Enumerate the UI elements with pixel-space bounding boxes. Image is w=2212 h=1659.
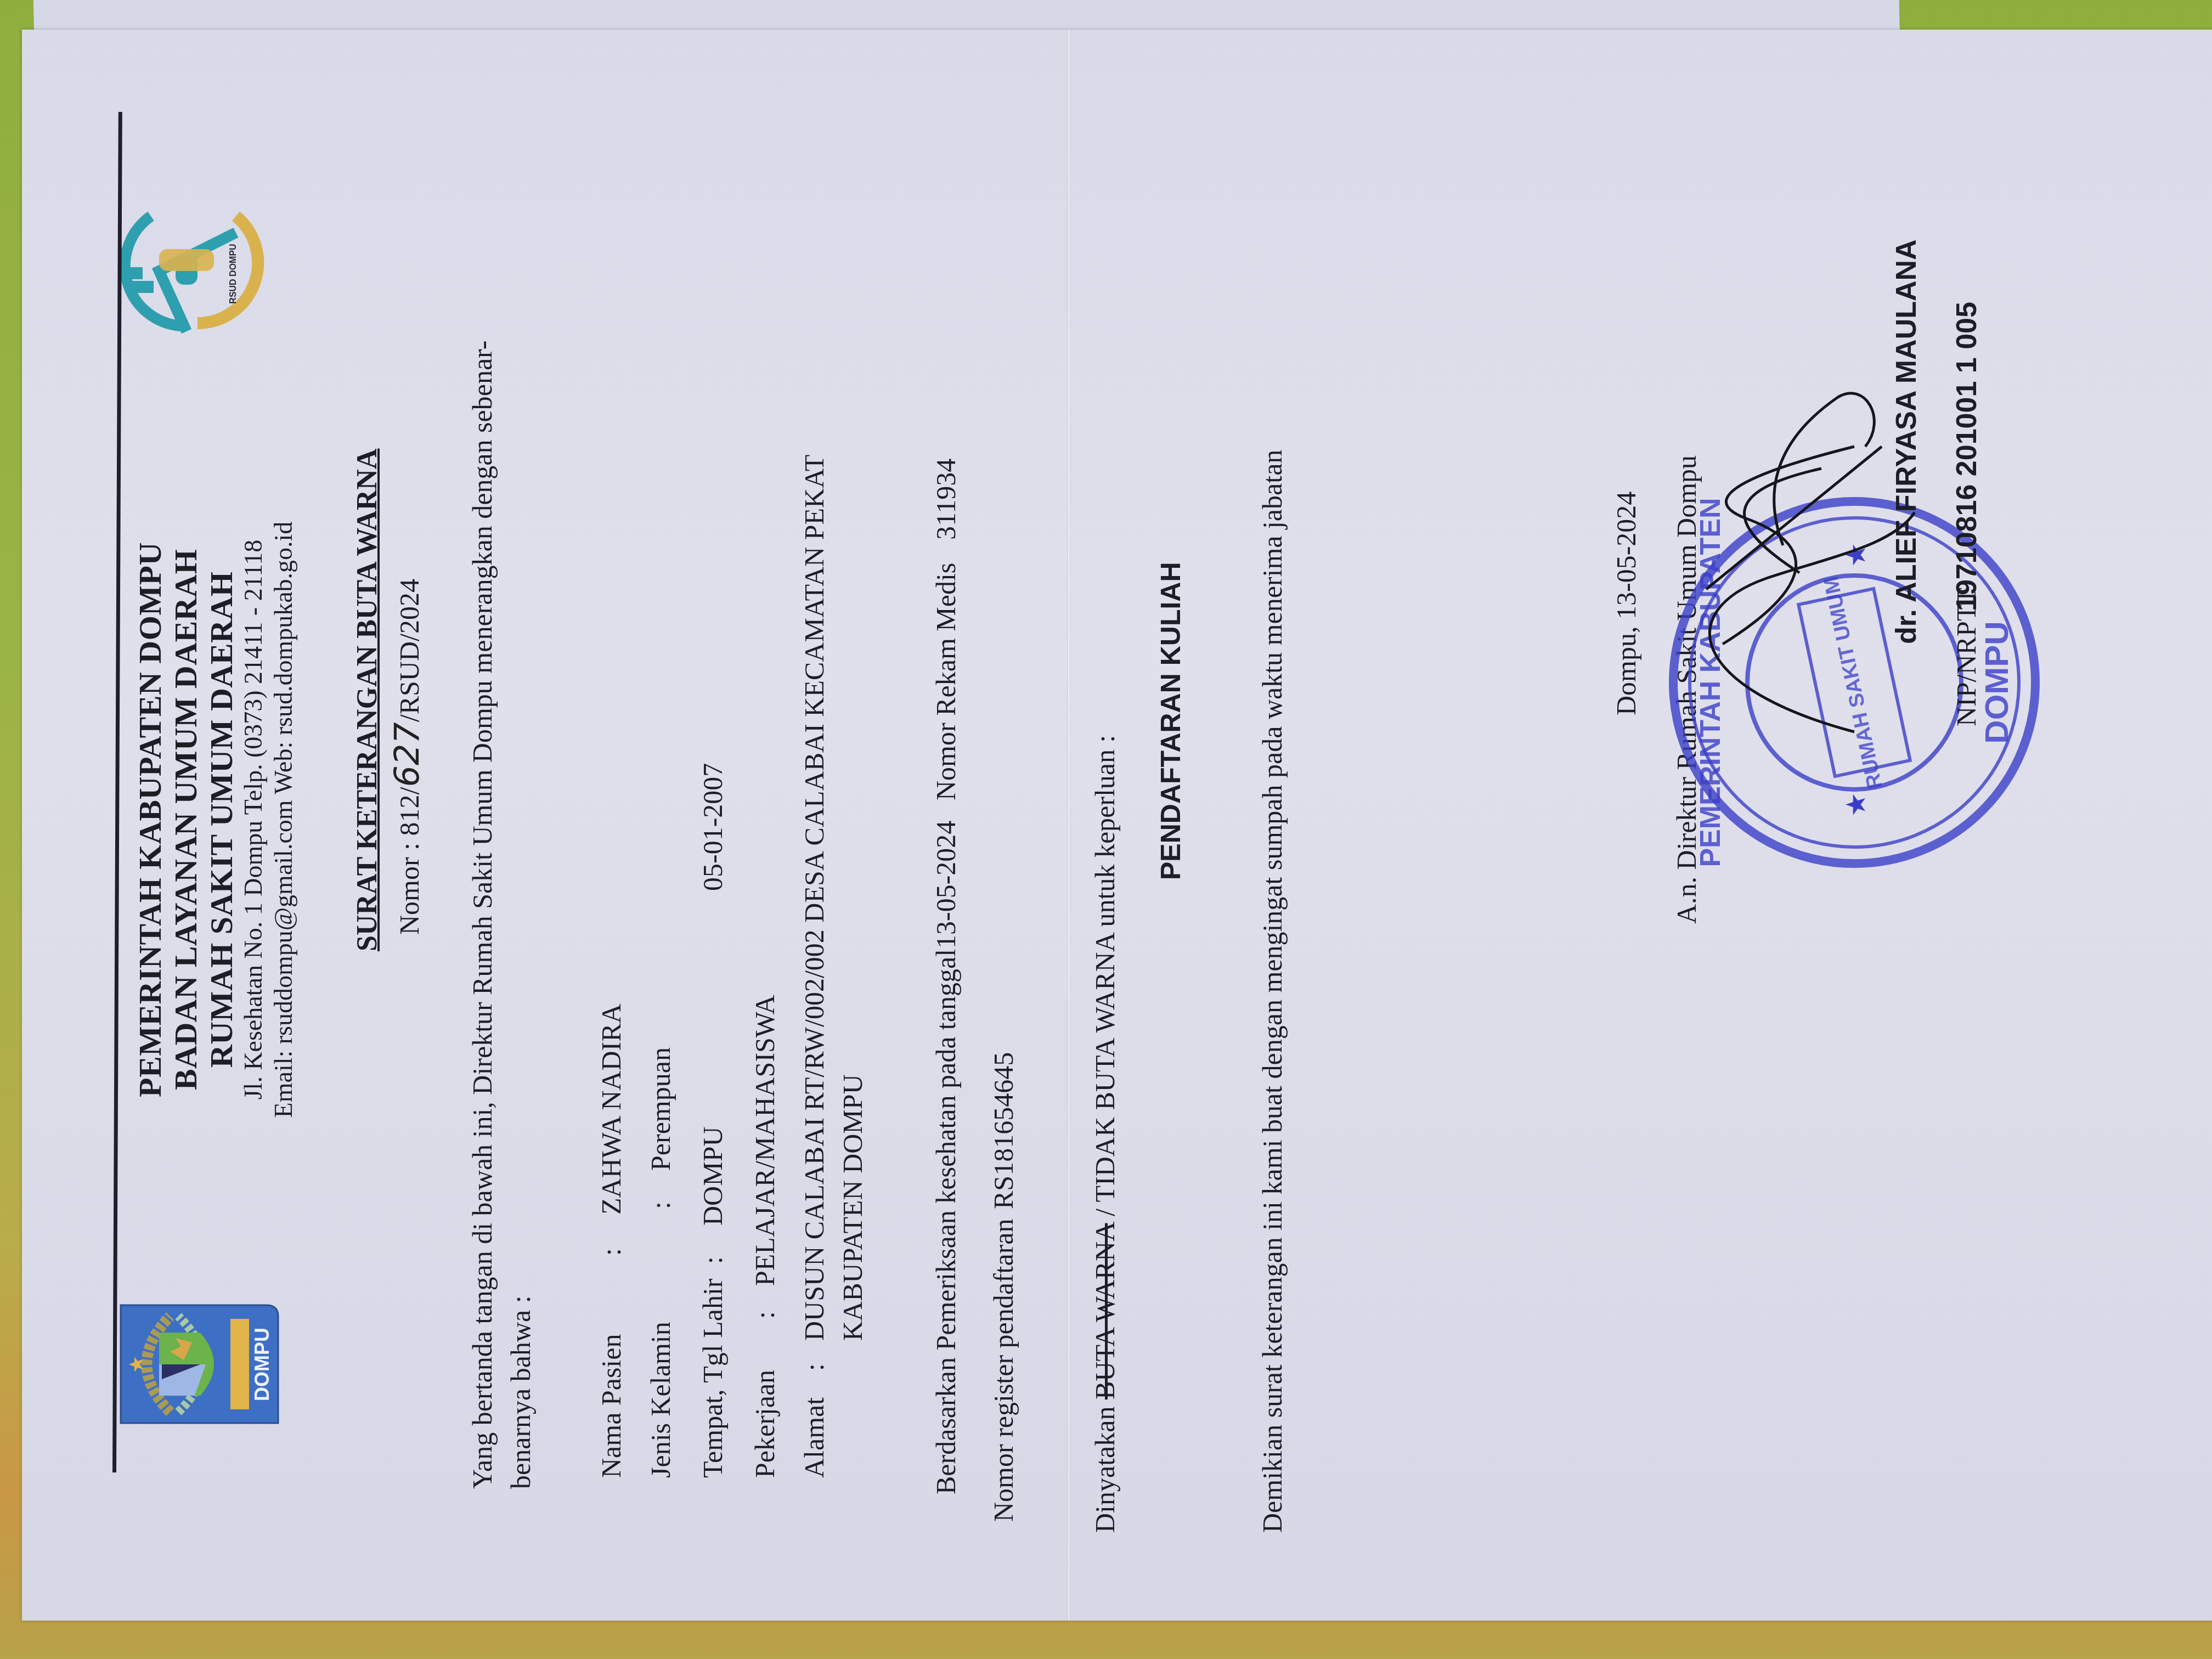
paper-fold [1067, 30, 1070, 1621]
document-number: Nomor : 812/627/RSUD/2024 [387, 579, 427, 935]
letterhead-contact: Email: rsuddompu@gmail.com Web: rsud.dom… [269, 408, 298, 1231]
field-value-gender: Perempuan [645, 1047, 676, 1171]
field-value-address-line-2: KABUPATEN DOMPU [837, 1074, 868, 1341]
document-title: SURAT KETERANGAN BUTA WARNA [351, 449, 383, 951]
field-value-birthdate: 05-01-2007 [697, 763, 729, 891]
field-sep: : [645, 1201, 676, 1209]
exam-date: 13-05-2024 [930, 821, 962, 949]
document: DOMPU RSUD DOMPU PEMERINTAH KABUPATEN DO… [0, 0, 2212, 1659]
registration-number: RS181654645 [988, 1052, 1019, 1209]
exam-label: Berdasarkan Pemeriksaan kesehatan pada t… [930, 949, 962, 1494]
document-number-handwritten: 627 [387, 722, 427, 787]
signatory-name: dr. ALIEF FIRYASA MAULANA [1890, 239, 1923, 644]
field-value-name: ZAHWA NADIRA [595, 1003, 627, 1215]
letterhead-address: Jl. Kesehatan No. 1 Dompu Telp. (0373) 2… [239, 408, 268, 1231]
svg-text:DOMPU: DOMPU [251, 1328, 273, 1401]
intro-line-2: benarnya bahwa : [505, 1295, 537, 1489]
field-sep: : [595, 1248, 627, 1256]
medical-record-label: Nomor Rekam Medis [930, 563, 962, 800]
registration-label: Nomor register pendaftaran [988, 1218, 1019, 1522]
svg-text:RSUD DOMPU: RSUD DOMPU [229, 244, 238, 303]
field-sep: : [798, 1363, 830, 1371]
field-value-birthplace: DOMPU [697, 1126, 729, 1226]
svg-text:DOMPU: DOMPU [1978, 621, 2015, 743]
field-label-name: Nama Pasien [595, 1334, 627, 1478]
purpose: PENDAFTARAN KULIAH [1155, 562, 1187, 880]
letterhead-line-2: BADAN LAYANAN UMUM DAERAH [167, 408, 204, 1231]
letterhead-line-3: RUMAH SAKIT UMUM DAERAH [203, 408, 240, 1231]
letterhead-line-1: PEMERINTAH KABUPATEN DOMPU [132, 408, 168, 1231]
struck-option: BUTA WARNA [1090, 1223, 1120, 1400]
intro-line-1: Yang bertanda tangan di bawah ini, Direk… [466, 341, 498, 1489]
field-label-gender: Jenis Kelamin [645, 1322, 676, 1478]
field-label-address: Alamat [798, 1397, 830, 1478]
field-value-occupation: PELAJAR/MAHASISWA [749, 995, 781, 1286]
signatory-nip: 19710816 201001 1 005 [1950, 302, 1983, 611]
medical-record-number: 311934 [930, 459, 962, 540]
field-sep: : [749, 1311, 781, 1319]
field-label-occupation: Pekerjaan [749, 1370, 781, 1478]
kabupaten-dompu-logo-icon: DOMPU [118, 1302, 283, 1426]
svg-text:★: ★ [1841, 792, 1871, 817]
statement: Dinyatakan BUTA WARNA / TIDAK BUTA WARNA… [1089, 735, 1121, 1533]
rsud-dompu-logo-icon: RSUD DOMPU [99, 200, 274, 348]
signature-place-date: Dompu, 13-05-2024 [1610, 492, 1642, 715]
field-sep: : [697, 1256, 729, 1264]
field-label-birth: Tempat, Tgl Lahir [697, 1278, 729, 1478]
field-value-address: DUSUN CALABAI RT/RW/002/002 DESA CALABAI… [798, 455, 830, 1341]
closing-statement: Demikian surat keterangan ini kami buat … [1256, 450, 1288, 1533]
